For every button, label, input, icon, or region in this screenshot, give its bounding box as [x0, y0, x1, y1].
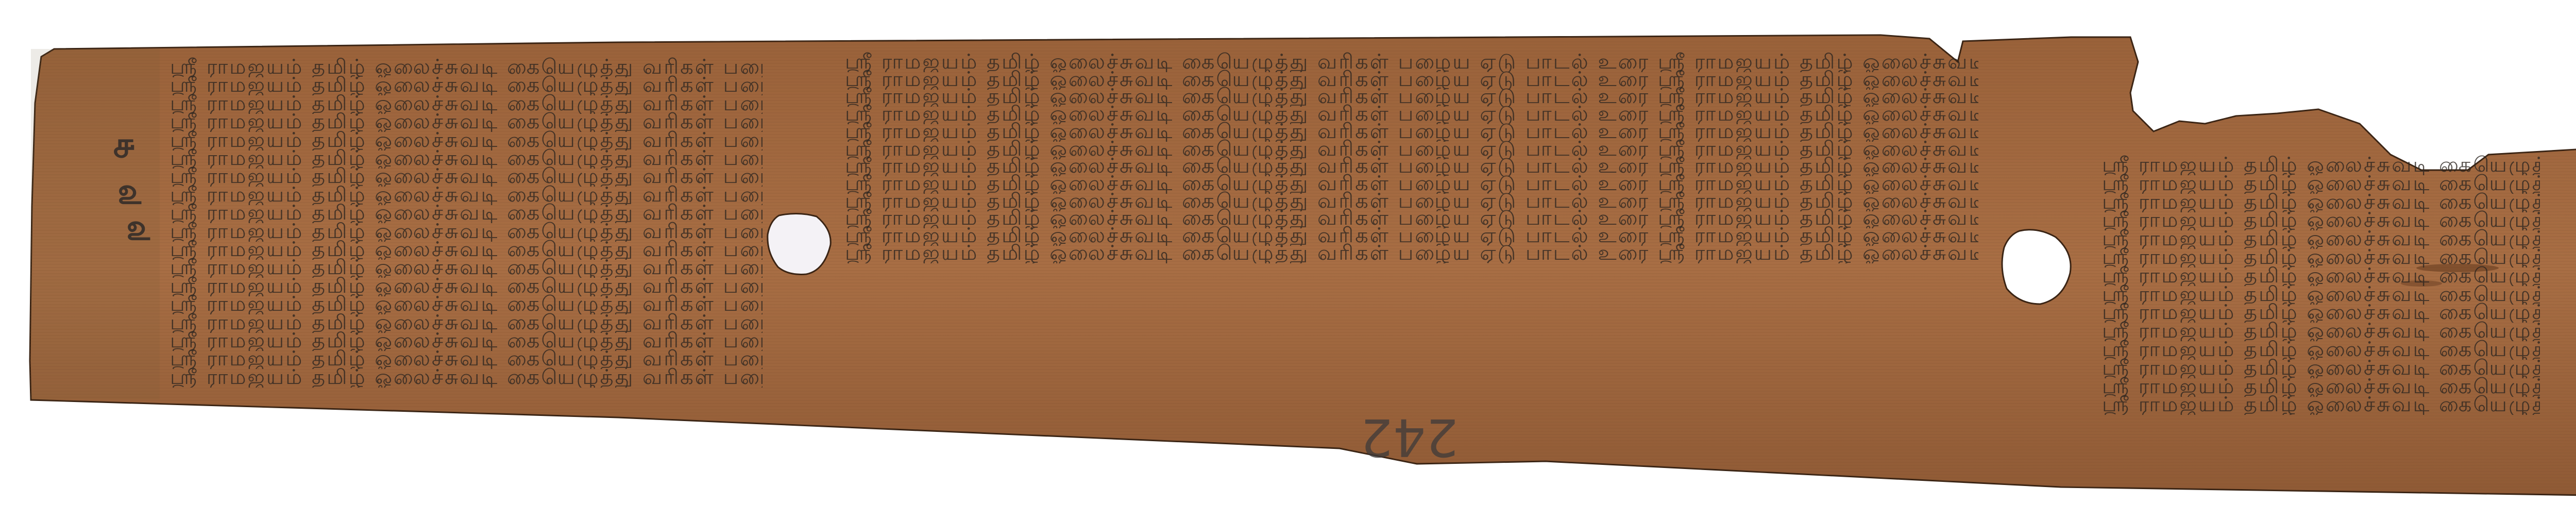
script-line: ஸ்ரீ ராமஜயம் தமிழ் ஓலைச்சுவடி கையெழுத்து…	[2102, 376, 2540, 397]
binding-hole-right	[2002, 230, 2071, 304]
script-line: ஸ்ரீ ராமஜயம் தமிழ் ஓலைச்சுவடி கையெழுத்து…	[2102, 302, 2540, 323]
script-line: ஸ்ரீ ராமஜயம் தமிழ் ஓலைச்சுவடி கையெழுத்து…	[170, 221, 762, 242]
pencil-annotation-bottom: 242	[1360, 407, 1459, 467]
script-line: ஸ்ரீ ராமஜயம் தமிழ் ஓலைச்சுவடி கையெழுத்து…	[170, 294, 762, 314]
script-line: ஸ்ரீ ராமஜயம் தமிழ் ஓலைச்சுவடி கையெழுத்து…	[170, 203, 762, 223]
script-line: ஸ்ரீ ராமஜயம் தமிழ் ஓலைச்சுவடி கையெழுத்து…	[170, 111, 762, 132]
script-line: ஸ்ரீ ராமஜயம் தமிழ் ஓலைச்சுவடி கையெழுத்து…	[2102, 155, 2540, 175]
script-line: ஸ்ரீ ராமஜயம் தமிழ் ஓலைச்சுவடி கையெழுத்து…	[170, 276, 762, 296]
script-line: ஸ்ரீ ராமஜயம் தமிழ் ஓலைச்சுவடி கையெழுத்து…	[2102, 173, 2540, 194]
manuscript-scan: ௪ ௨ ௨ ஸ்ரீ ராமஜயம் தமிழ் ஓலைச்சுவடி கையெ…	[0, 0, 2576, 519]
script-line: ஸ்ரீ ராமஜயம் தமிழ் ஓலைச்சுவடி கையெழுத்து…	[170, 166, 762, 187]
script-line: ஸ்ரீ ராமஜயம் தமிழ் ஓலைச்சுவடி கையெழுத்து…	[170, 257, 762, 278]
script-line: ஸ்ரீ ராமஜயம் தமிழ் ஓலைச்சுவடி கையெழுத்து…	[2102, 358, 2540, 378]
margin-numeral-3: ௨	[126, 206, 152, 253]
script-line: ஸ்ரீ ராமஜயம் தமிழ் ஓலைச்சுவடி கையெழுத்து…	[2102, 339, 2540, 360]
script-line: ஸ்ரீ ராமஜயம் தமிழ் ஓலைச்சுவடி கையெழுத்து…	[170, 348, 762, 369]
margin-numeral-1: ௪	[112, 124, 135, 171]
script-line: ஸ்ரீ ராமஜயம் தமிழ் ஓலைச்சுவடி கையெழுத்து…	[170, 57, 762, 77]
script-line: ஸ்ரீ ராமஜயம் தமிழ் ஓலைச்சுவடி கையெழுத்து…	[845, 243, 1978, 263]
script-line: ஸ்ரீ ராமஜயம் தமிழ் ஓலைச்சுவடி கையெழுத்து…	[2102, 284, 2540, 305]
script-line: ஸ்ரீ ராமஜயம் தமிழ் ஓலைச்சுவடி கையெழுத்து…	[2102, 247, 2540, 267]
script-line: ஸ்ரீ ராமஜயம் தமிழ் ஓலைச்சுவடி கையெழுத்து…	[2102, 210, 2540, 230]
script-line: ஸ்ரீ ராமஜயம் தமிழ் ஓலைச்சுவடி கையெழுத்து…	[170, 93, 762, 114]
script-line: ஸ்ரீ ராமஜயம் தமிழ் ஓலைச்சுவடி கையெழுத்து…	[2102, 321, 2540, 341]
script-line: ஸ்ரீ ராமஜயம் தமிழ் ஓலைச்சுவடி கையெழுத்து…	[2102, 192, 2540, 212]
script-line: ஸ்ரீ ராமஜயம் தமிழ் ஓலைச்சுவடி கையெழுத்து…	[170, 148, 762, 169]
script-line: ஸ்ரீ ராமஜயம் தமிழ் ஓலைச்சுவடி கையெழுத்து…	[170, 185, 762, 205]
script-line: ஸ்ரீ ராமஜயம் தமிழ் ஓலைச்சுவடி கையெழுத்து…	[170, 312, 762, 333]
script-line: ஸ்ரீ ராமஜயம் தமிழ் ஓலைச்சுவடி கையெழுத்து…	[170, 330, 762, 351]
binding-hole-left	[768, 213, 831, 274]
script-line: ஸ்ரீ ராமஜயம் தமிழ் ஓலைச்சுவடி கையெழுத்து…	[2102, 228, 2540, 249]
script-line: ஸ்ரீ ராமஜயம் தமிழ் ஓலைச்சுவடி கையெழுத்து…	[170, 130, 762, 150]
script-line: ஸ்ரீ ராமஜயம் தமிழ் ஓலைச்சுவடி கையெழுத்து…	[170, 367, 762, 388]
script-line: ஸ்ரீ ராமஜயம் தமிழ் ஓலைச்சுவடி கையெழுத்து…	[170, 239, 762, 260]
script-line: ஸ்ரீ ராமஜயம் தமிழ் ஓலைச்சுவடி கையெழுத்து…	[170, 75, 762, 95]
script-line: ஸ்ரீ ராமஜயம் தமிழ் ஓலைச்சுவடி கையெழுத்து…	[2102, 394, 2540, 415]
script-line: ஸ்ரீ ராமஜயம் தமிழ் ஓலைச்சுவடி கையெழுத்து…	[2102, 265, 2540, 286]
